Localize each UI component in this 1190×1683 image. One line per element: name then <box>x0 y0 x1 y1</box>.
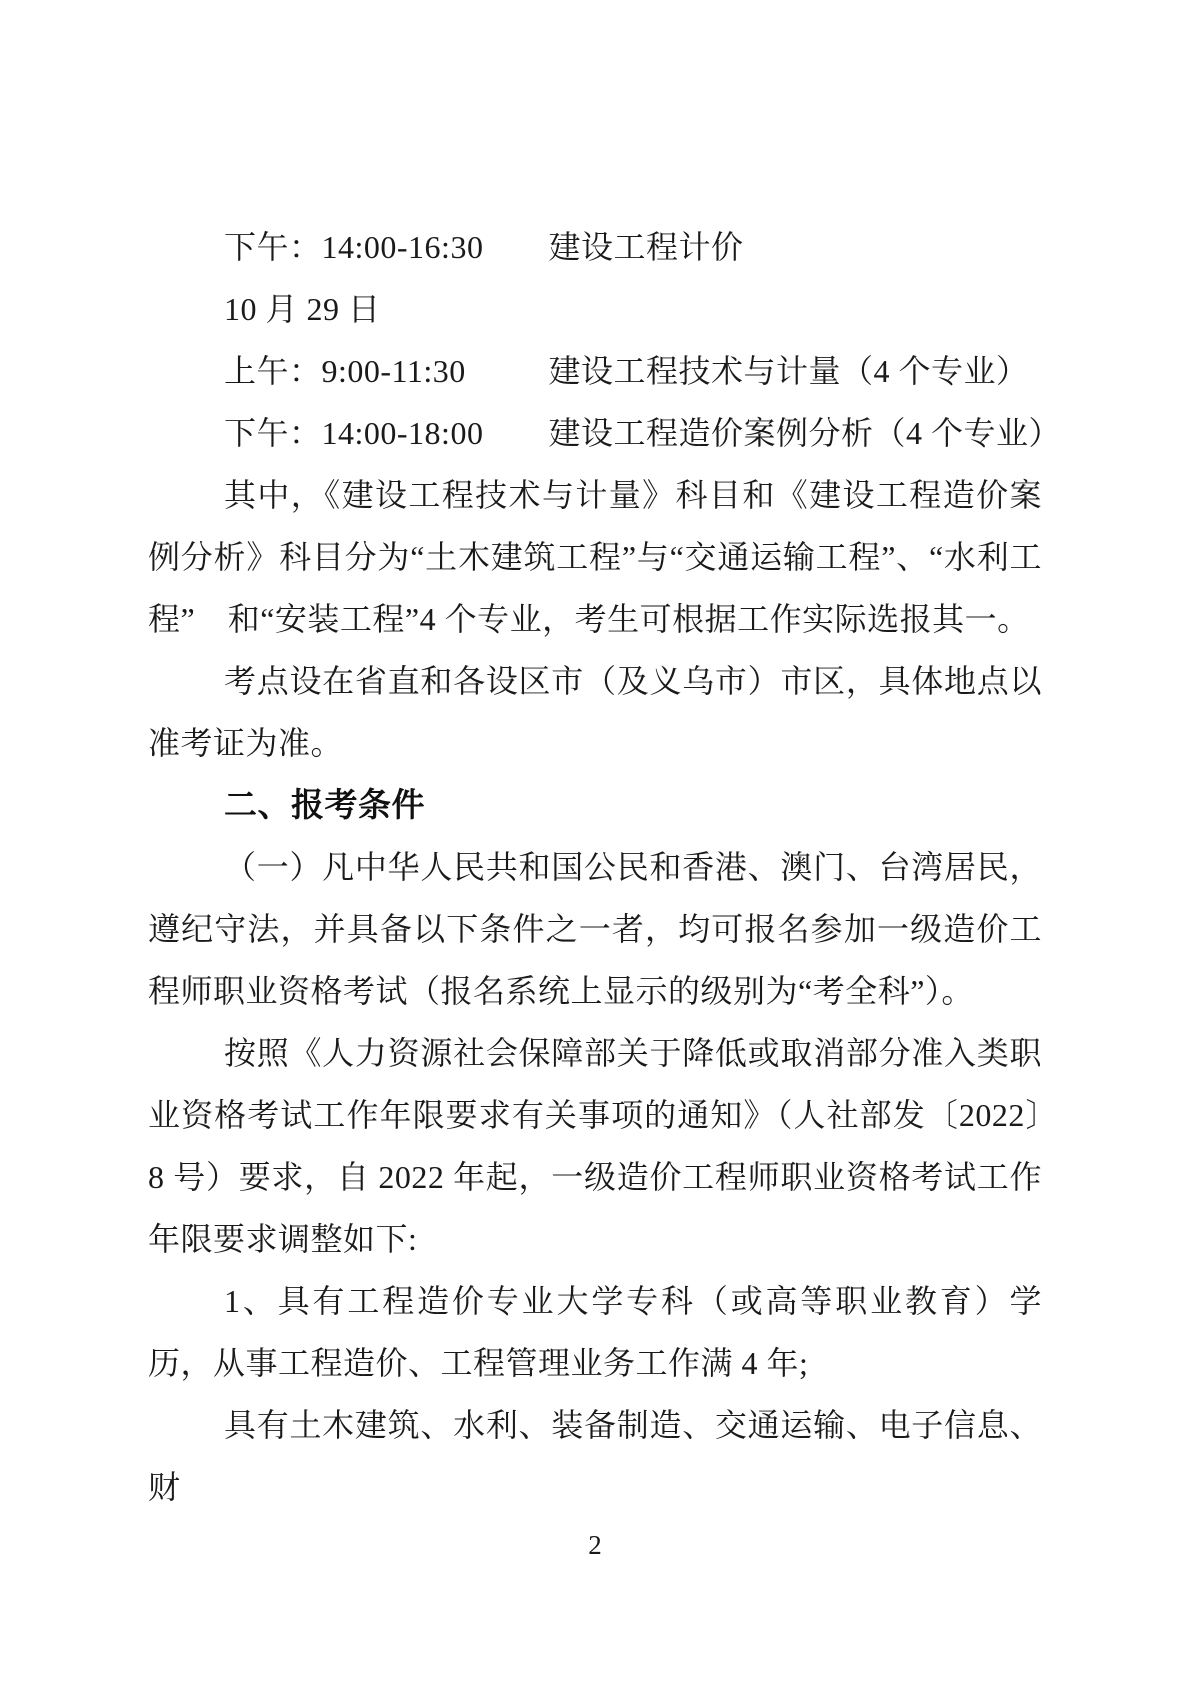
paragraph-policy-notice: 按照《人力资源社会保障部关于降低或取消部分准入类职业资格考试工作年限要求有关事项… <box>148 1022 1042 1270</box>
paragraph-condition-item-1: 1、具有工程造价专业大学专科（或高等职业教育）学历，从事工程造价、工程管理业务工… <box>148 1270 1042 1394</box>
schedule-line-afternoon-oct29: 下午：14:00-18:00 建设工程造价案例分析（4 个专业） <box>148 402 1042 464</box>
section-heading-registration-conditions: 二、报考条件 <box>148 774 1042 836</box>
schedule-date: 10 月 29 日 <box>224 278 540 340</box>
schedule-line-afternoon-oct28: 下午：14:00-16:30 建设工程计价 <box>148 216 1042 278</box>
schedule-time: 下午：14:00-18:00 <box>224 402 540 464</box>
schedule-subject: 建设工程技术与计量（4 个专业） <box>549 353 1029 389</box>
schedule-time: 上午：9:00-11:30 <box>224 340 540 402</box>
paragraph-exam-locations: 考点设在省直和各设区市（及义乌市）市区，具体地点以准考证为准。 <box>148 650 1042 774</box>
paragraph-subject-majors: 其中，《建设工程技术与计量》科目和《建设工程造价案例分析》科目分为“土木建筑工程… <box>148 464 1042 650</box>
schedule-time: 下午：14:00-16:30 <box>224 216 540 278</box>
schedule-subject: 建设工程造价案例分析（4 个专业） <box>549 415 1062 451</box>
document-page: 下午：14:00-16:30 建设工程计价 10 月 29 日 上午：9:00-… <box>0 0 1190 1683</box>
page-number: 2 <box>0 1530 1190 1560</box>
schedule-subject: 建设工程计价 <box>549 229 744 265</box>
document-content: 下午：14:00-16:30 建设工程计价 10 月 29 日 上午：9:00-… <box>148 216 1042 1518</box>
paragraph-condition-continued: 具有土木建筑、水利、装备制造、交通运输、电子信息、财 <box>148 1394 1042 1518</box>
schedule-date-oct29: 10 月 29 日 <box>148 278 1042 340</box>
schedule-line-morning-oct29: 上午：9:00-11:30 建设工程技术与计量（4 个专业） <box>148 340 1042 402</box>
paragraph-condition-citizenship: （一）凡中华人民共和国公民和香港、澳门、台湾居民，遵纪守法，并具备以下条件之一者… <box>148 836 1042 1022</box>
